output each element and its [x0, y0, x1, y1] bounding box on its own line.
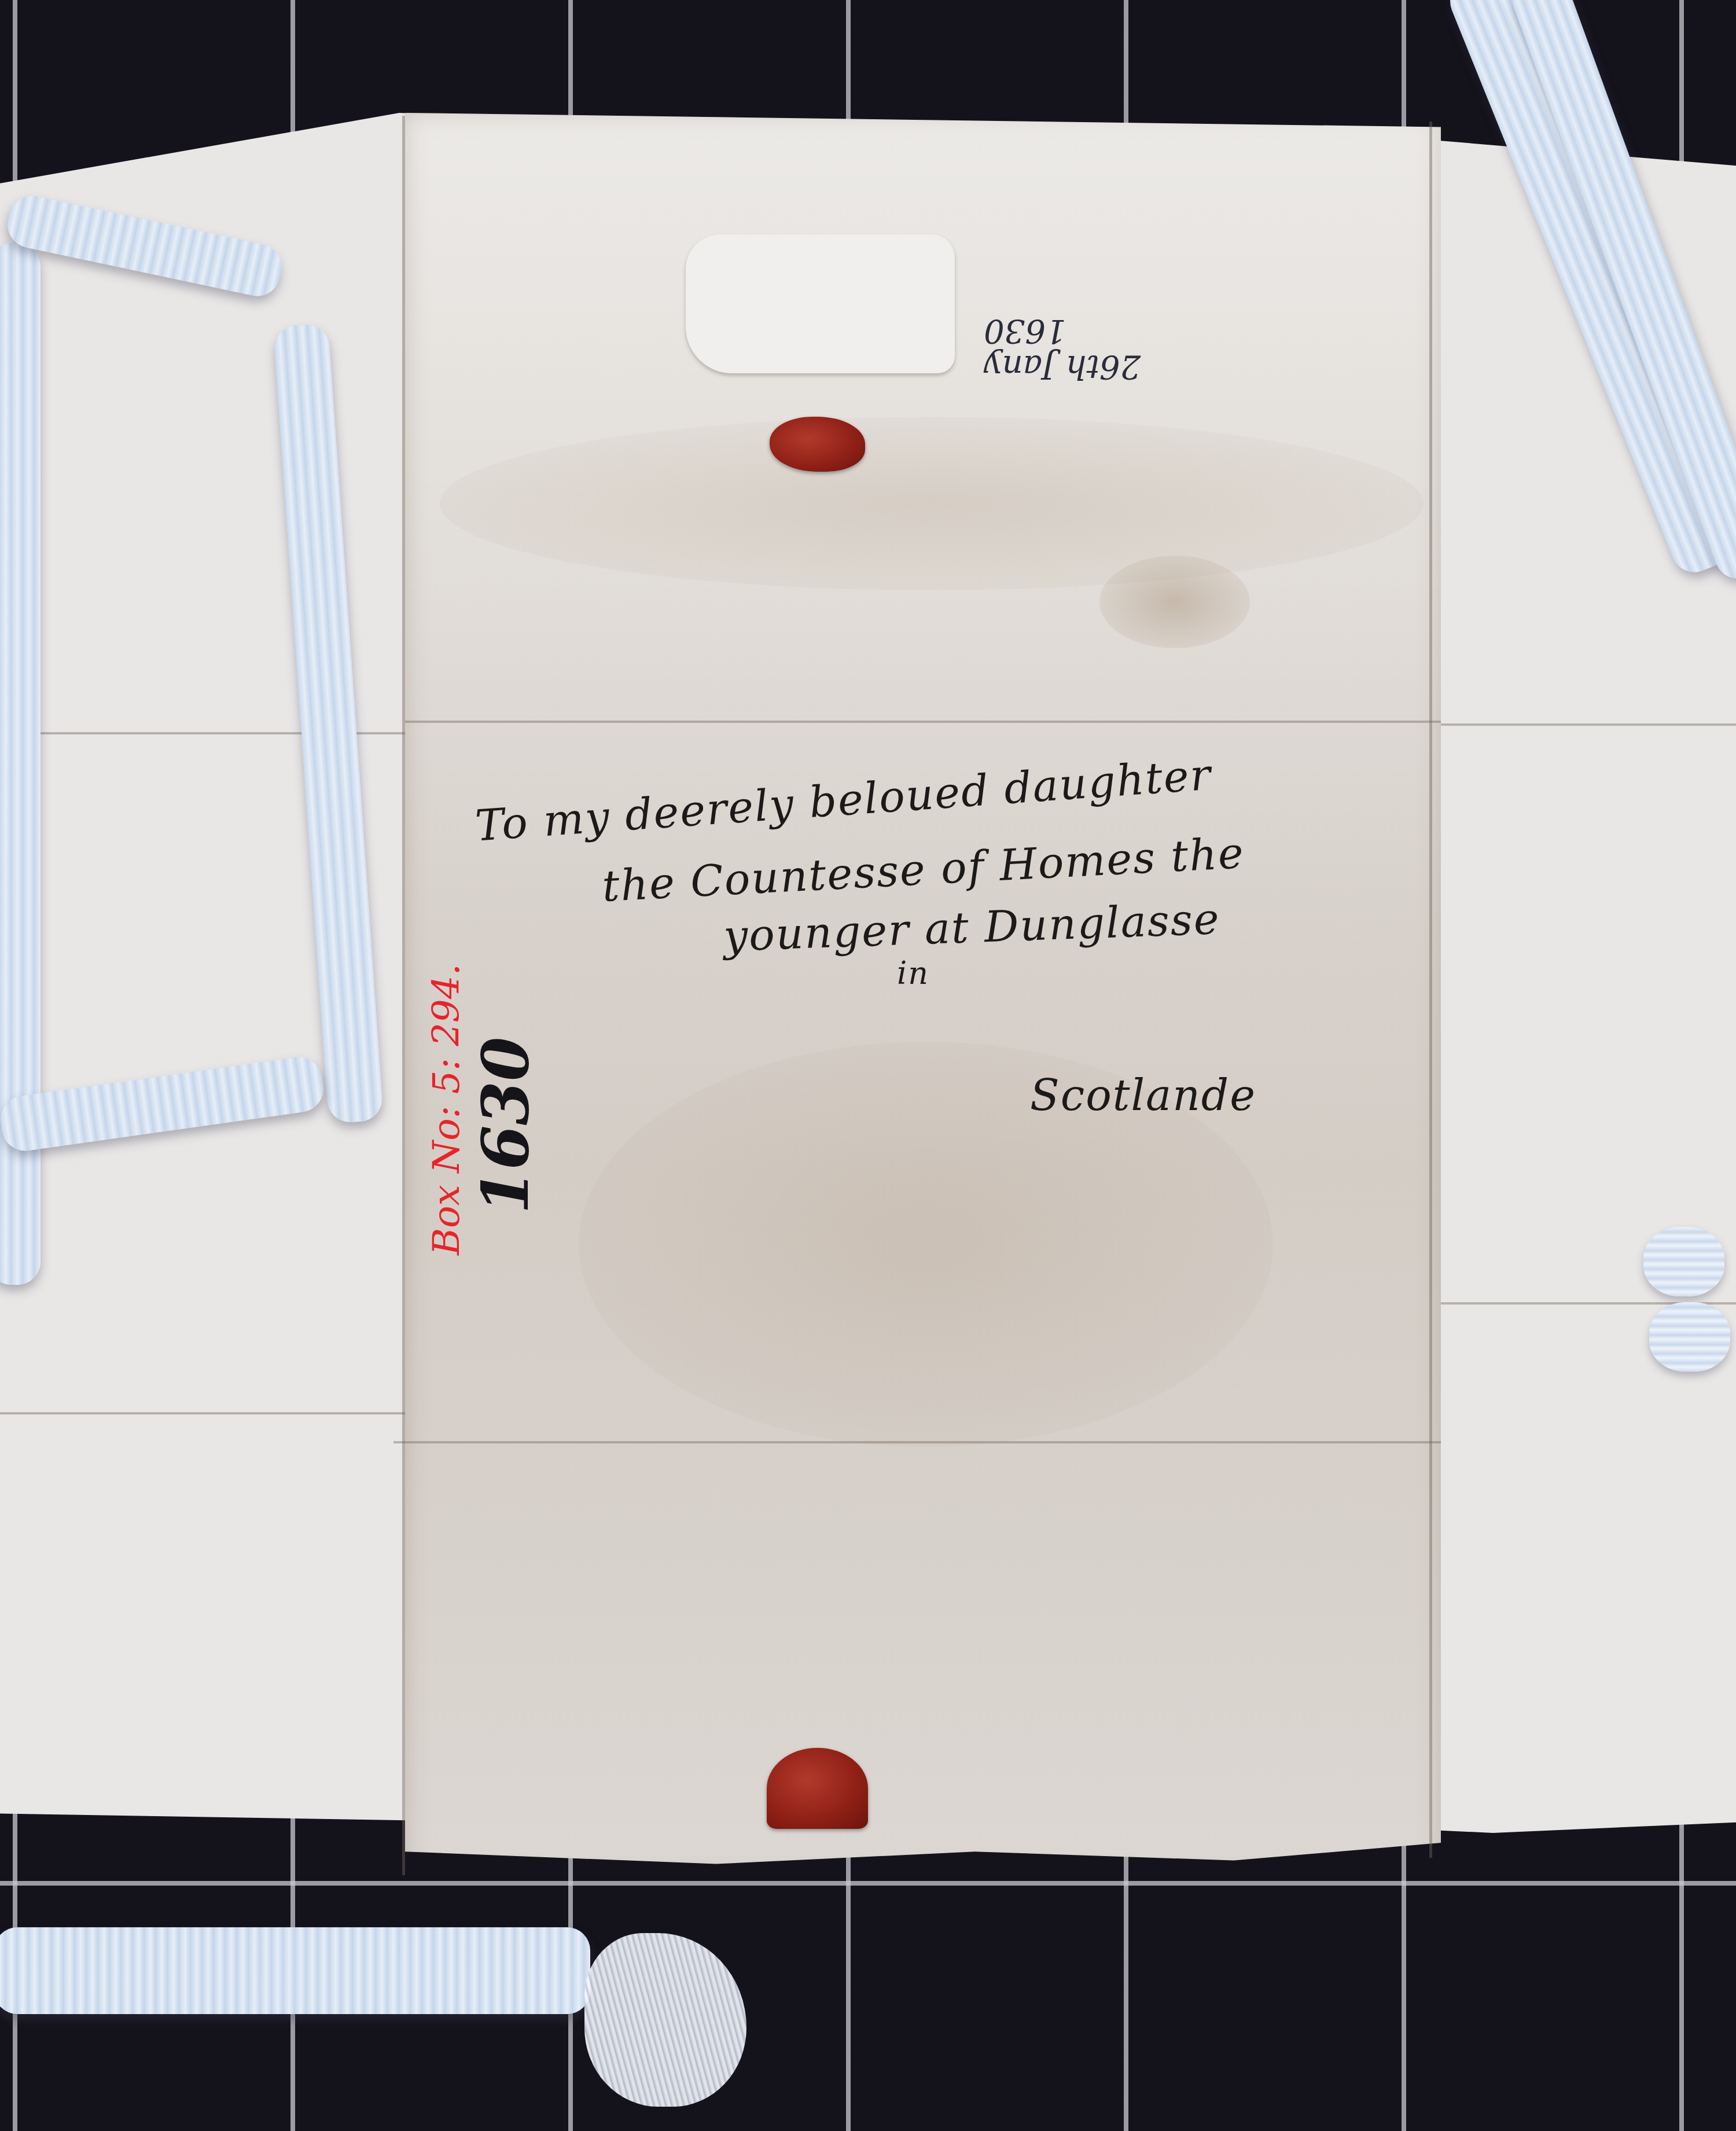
stain	[440, 417, 1424, 590]
fold-line	[402, 116, 405, 1875]
fold-line	[393, 1441, 1441, 1443]
archive-reference-note: Box No: 5: 294.	[425, 964, 468, 1255]
address-panel	[405, 113, 1441, 1878]
seal-tab-flap	[686, 234, 955, 373]
fold-line	[0, 1412, 405, 1414]
wax-seal-top	[770, 417, 865, 472]
docket-date-day: 26th Jany	[984, 348, 1141, 384]
address-line-4: in	[897, 955, 929, 991]
ribbon-bottom	[0, 1927, 590, 2014]
year-annotation: 1630	[468, 1037, 543, 1214]
ribbon-frayed-end	[584, 1933, 746, 2107]
fold-line	[405, 721, 1441, 723]
wax-seal-bottom	[767, 1748, 868, 1829]
ribbon-right-knot	[1649, 1302, 1730, 1372]
docket-date-note: 26th Jany 1630	[984, 313, 1141, 384]
fold-line	[1429, 122, 1432, 1858]
docket-date-year: 1630	[984, 313, 1141, 348]
address-line-5: Scotlande	[1030, 1071, 1256, 1120]
fold-line	[1441, 723, 1736, 726]
ribbon-right-knot	[1643, 1227, 1724, 1296]
